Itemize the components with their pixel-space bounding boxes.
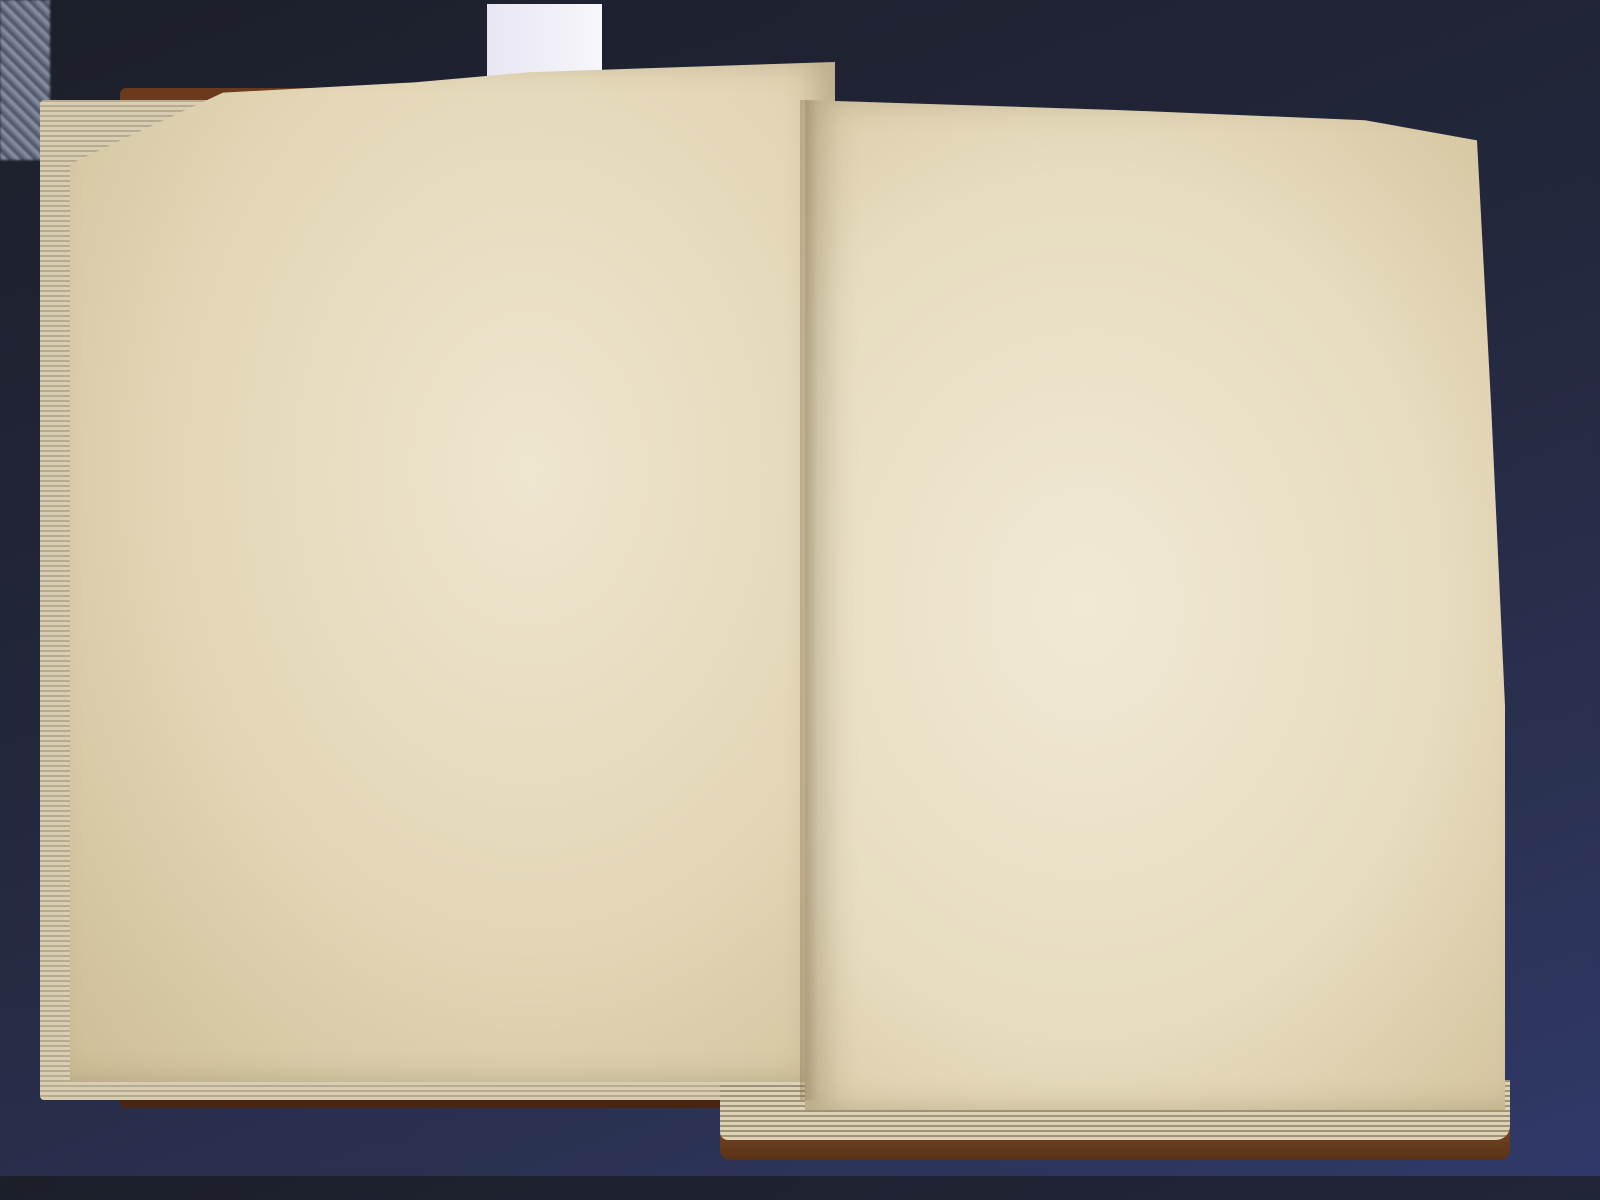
manuscript-right-page xyxy=(805,100,1505,1110)
book-gutter xyxy=(800,100,830,1100)
paper-slip xyxy=(487,4,602,76)
photo-scene xyxy=(0,0,1568,1176)
manuscript-left-page xyxy=(70,62,835,1082)
